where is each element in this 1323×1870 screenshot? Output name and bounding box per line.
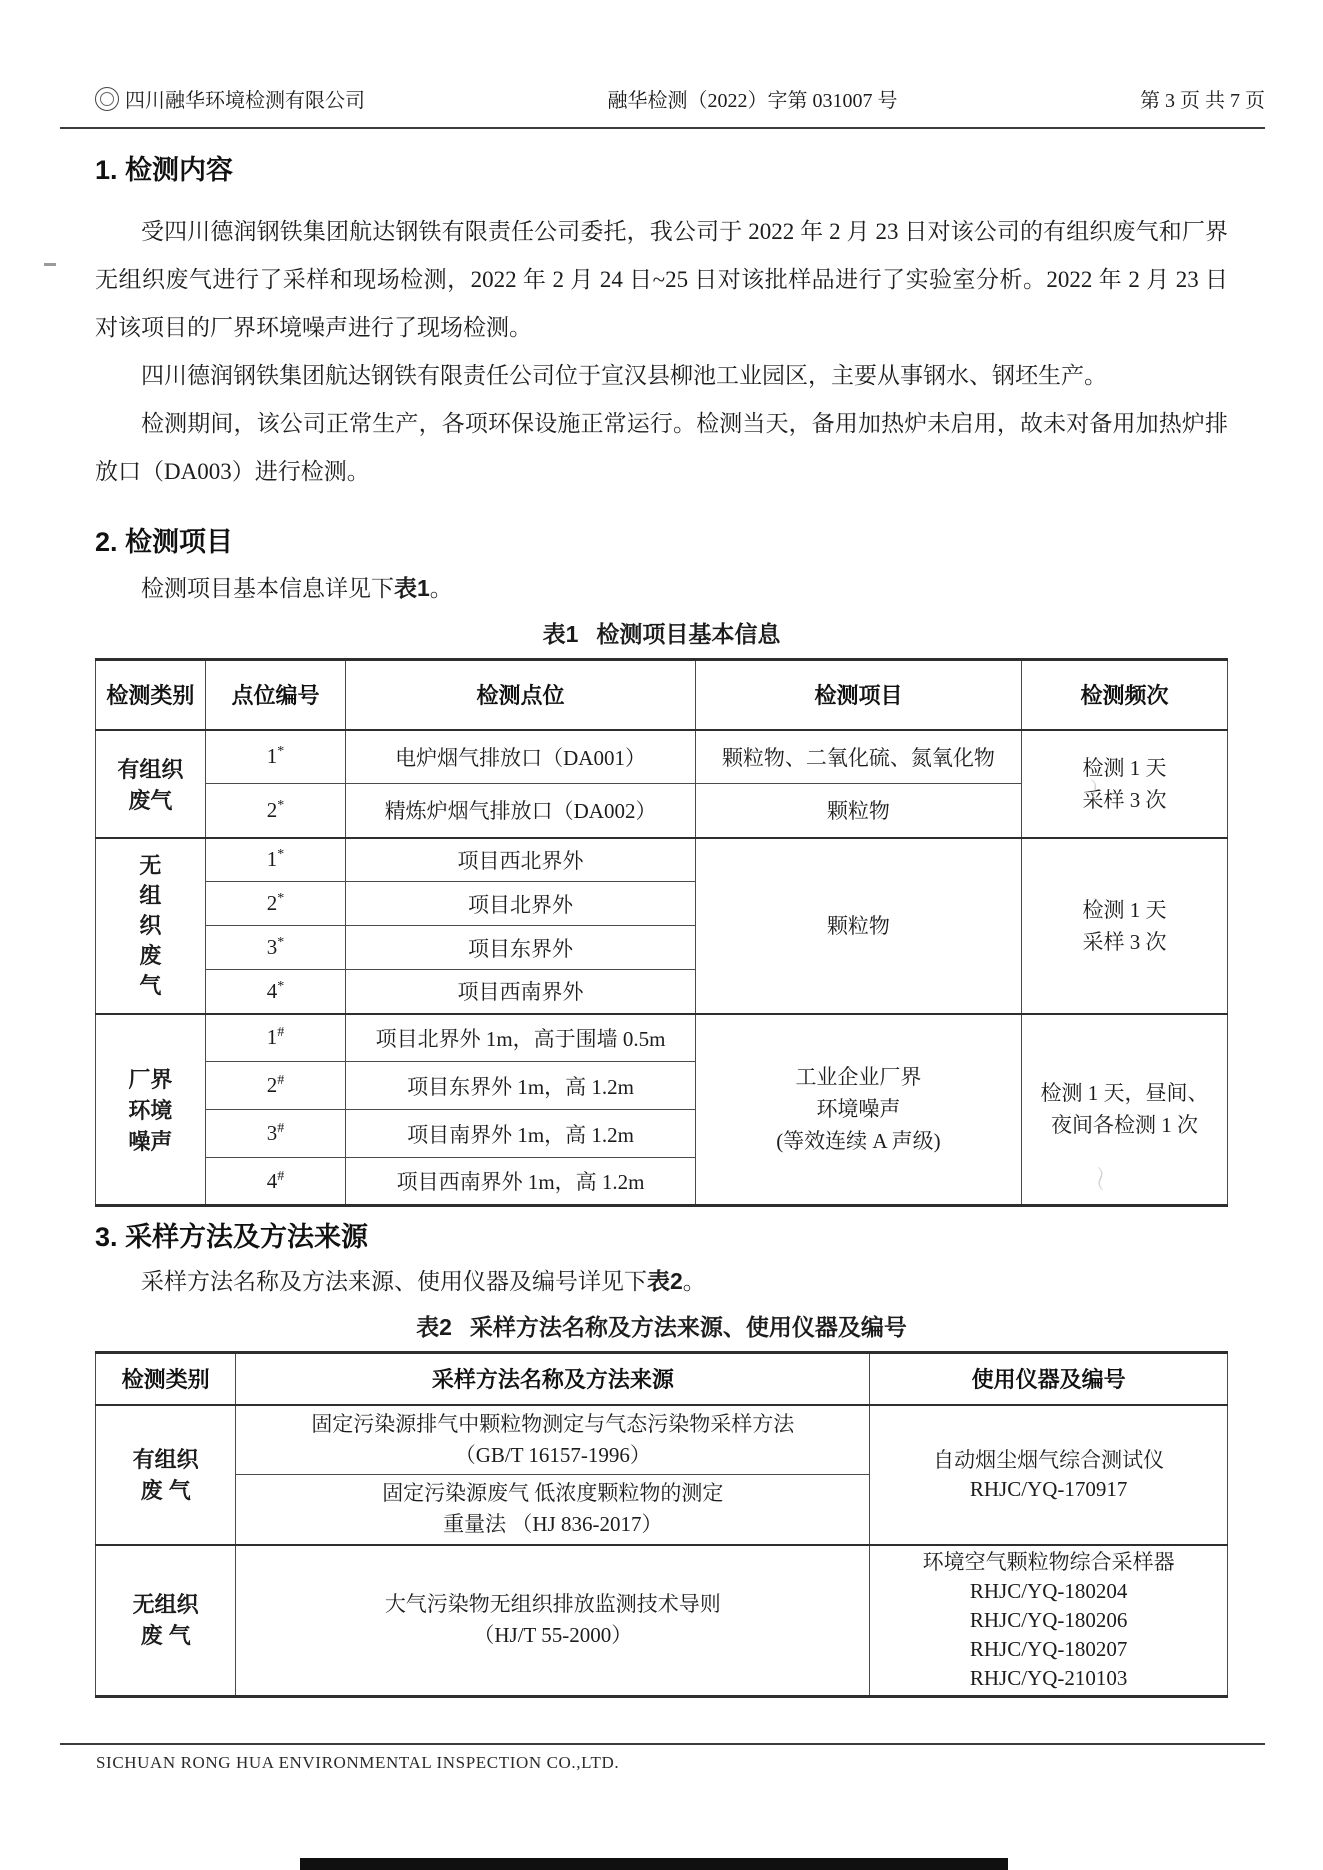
point-id: 2	[267, 798, 278, 822]
point-id: 1	[267, 847, 278, 871]
table-row: 厂界 环境 噪声 1# 项目北界外 1m，高于围墙 0.5m 工业企业厂界 环境…	[96, 1014, 1228, 1062]
point-id-sup: *	[277, 847, 284, 862]
point-id: 1	[267, 1025, 278, 1049]
table1-header-category: 检测类别	[96, 660, 206, 730]
point-cell: 项目西北界外	[346, 838, 696, 882]
table2-category-organized: 有组织 废 气	[96, 1405, 236, 1545]
section1-title: 1. 检测内容	[95, 152, 1228, 188]
document-page: 四川融华环境检测有限公司 融华检测（2022）字第 031007 号 第 3 页…	[0, 0, 1323, 1870]
point-id-cell: 3#	[205, 1110, 345, 1158]
section2-title: 2. 检测项目	[95, 524, 1228, 560]
point-cell: 项目北界外	[346, 882, 696, 926]
table2-header-method: 采样方法名称及方法来源	[236, 1353, 870, 1405]
point-id-sup: *	[277, 979, 284, 994]
point-id: 3	[267, 1121, 278, 1145]
point-id-sup: #	[277, 1025, 284, 1040]
table2-caption-label: 表2	[416, 1314, 452, 1340]
point-id-cell: 4*	[205, 970, 345, 1014]
footer-company-en: SICHUAN RONG HUA ENVIRONMENTAL INSPECTIO…	[96, 1753, 619, 1773]
point-id-cell: 2*	[205, 784, 345, 838]
point-cell: 项目西南界外	[346, 970, 696, 1014]
point-id-cell: 3*	[205, 926, 345, 970]
point-id-cell: 4#	[205, 1158, 345, 1206]
section2-intro-punct: 。	[430, 576, 453, 601]
header-company-name: 四川融华环境检测有限公司	[125, 84, 365, 113]
point-cell: 电炉烟气排放口（DA001）	[346, 730, 696, 784]
point-id: 4	[267, 979, 278, 1003]
table-row: 无组织 废 气 大气污染物无组织排放监测技术导则 （HJ/T 55-2000） …	[96, 1545, 1228, 1697]
table1-category-noise: 厂界 环境 噪声	[96, 1014, 206, 1206]
table2-header-row: 检测类别 采样方法名称及方法来源 使用仪器及编号	[96, 1353, 1228, 1405]
instrument-cell: 自动烟尘烟气综合测试仪 RHJC/YQ-170917	[870, 1405, 1228, 1545]
header-doc-number: 融华检测（2022）字第 031007 号	[608, 84, 898, 113]
point-id-cell: 1#	[205, 1014, 345, 1062]
footer-rule	[60, 1743, 1265, 1745]
document-content: 1. 检测内容 受四川德润钢铁集团航达钢铁有限责任公司委托，我公司于 2022 …	[95, 152, 1228, 1698]
table1-reference: 表1	[394, 575, 430, 601]
point-id-cell: 2*	[205, 882, 345, 926]
point-id-sup: #	[277, 1169, 284, 1184]
scan-artifact-bottom-bar	[300, 1858, 1008, 1870]
instrument-cell: 环境空气颗粒物综合采样器 RHJC/YQ-180204 RHJC/YQ-1802…	[870, 1545, 1228, 1697]
scan-artifact-mark: 〜	[1081, 1164, 1121, 1194]
item-cell: 颗粒物	[695, 838, 1021, 1014]
table1-caption: 表1检测项目基本信息	[95, 617, 1228, 651]
method-cell: 固定污染源排气中颗粒物测定与气态污染物采样方法 （GB/T 16157-1996…	[236, 1405, 870, 1475]
frequency-cell: 检测 1 天 采样 3 次	[1021, 730, 1227, 838]
point-cell: 精炼炉烟气排放口（DA002）	[346, 784, 696, 838]
table1-header-point: 检测点位	[346, 660, 696, 730]
table-row: 有组织 废气 1* 电炉烟气排放口（DA001） 颗粒物、二氧化硫、氮氧化物 检…	[96, 730, 1228, 784]
page-header: 四川融华环境检测有限公司 融华检测（2022）字第 031007 号 第 3 页…	[60, 84, 1265, 113]
point-id-sup: *	[277, 935, 284, 950]
frequency-cell: 检测 1 天 采样 3 次	[1021, 838, 1227, 1014]
section3-intro-text: 采样方法名称及方法来源、使用仪器及编号详见下	[141, 1269, 647, 1294]
item-cell: 颗粒物	[695, 784, 1021, 838]
point-cell: 项目南界外 1m，高 1.2m	[346, 1110, 696, 1158]
point-id-sup: *	[277, 798, 284, 813]
frequency-cell: 检测 1 天，昼间、 夜间各检测 1 次	[1021, 1014, 1227, 1206]
company-logo-icon	[95, 87, 119, 111]
method-cell: 大气污染物无组织排放监测技术导则 （HJ/T 55-2000）	[236, 1545, 870, 1697]
table1-caption-label: 表1	[543, 621, 579, 647]
table1-header-item: 检测项目	[695, 660, 1021, 730]
table2-header-instrument: 使用仪器及编号	[870, 1353, 1228, 1405]
header-page-info: 第 3 页 共 7 页	[1140, 84, 1265, 113]
section2-intro-text: 检测项目基本信息详见下	[141, 576, 394, 601]
table1-caption-title: 检测项目基本信息	[596, 621, 780, 647]
point-id-cell: 1*	[205, 730, 345, 784]
table2: 检测类别 采样方法名称及方法来源 使用仪器及编号 有组织 废 气 固定污染源排气…	[95, 1351, 1228, 1698]
table1-header-row: 检测类别 点位编号 检测点位 检测项目 检测频次	[96, 660, 1228, 730]
table1: 检测类别 点位编号 检测点位 检测项目 检测频次 有组织 废气 1* 电炉烟气排…	[95, 658, 1228, 1207]
scan-artifact-dash	[44, 263, 56, 266]
table2-category-unorganized: 无组织 废 气	[96, 1545, 236, 1697]
item-cell: 工业企业厂界 环境噪声 (等效连续 A 声级)	[695, 1014, 1021, 1206]
point-cell: 项目东界外 1m，高 1.2m	[346, 1062, 696, 1110]
point-id: 4	[267, 1169, 278, 1193]
table1-category-unorganized: 无 组 织 废 气	[96, 838, 206, 1014]
table2-caption-title: 采样方法名称及方法来源、使用仪器及编号	[470, 1314, 907, 1340]
point-cell: 项目北界外 1m，高于围墙 0.5m	[346, 1014, 696, 1062]
point-id-cell: 2#	[205, 1062, 345, 1110]
point-id-sup: #	[277, 1073, 284, 1088]
table-row: 有组织 废 气 固定污染源排气中颗粒物测定与气态污染物采样方法 （GB/T 16…	[96, 1405, 1228, 1475]
point-id-cell: 1*	[205, 838, 345, 882]
table2-caption: 表2采样方法名称及方法来源、使用仪器及编号	[95, 1310, 1228, 1344]
table-row: 无 组 织 废 气 1* 项目西北界外 颗粒物 检测 1 天 采样 3 次	[96, 838, 1228, 882]
section3-title: 3. 采样方法及方法来源	[95, 1219, 1228, 1255]
section1-paragraph-1: 受四川德润钢铁集团航达钢铁有限责任公司委托，我公司于 2022 年 2 月 23…	[95, 208, 1228, 352]
table1-header-point-id: 点位编号	[205, 660, 345, 730]
item-cell: 颗粒物、二氧化硫、氮氧化物	[695, 730, 1021, 784]
point-id: 1	[267, 744, 278, 768]
point-id-sup: *	[277, 891, 284, 906]
table2-header-category: 检测类别	[96, 1353, 236, 1405]
section1-paragraph-3: 检测期间，该公司正常生产，各项环保设施正常运行。检测当天，备用加热炉未启用，故未…	[95, 400, 1228, 496]
point-id: 3	[267, 935, 278, 959]
table2-reference: 表2	[647, 1268, 683, 1294]
point-id-sup: *	[277, 744, 284, 759]
section3-intro: 采样方法名称及方法来源、使用仪器及编号详见下表2。	[95, 1257, 1228, 1306]
point-cell: 项目东界外	[346, 926, 696, 970]
header-rule	[60, 127, 1265, 129]
section3-intro-punct: 。	[683, 1269, 706, 1294]
table1-header-frequency: 检测频次	[1021, 660, 1227, 730]
section1-paragraph-2: 四川德润钢铁集团航达钢铁有限责任公司位于宣汉县柳池工业园区，主要从事钢水、钢坯生…	[95, 352, 1228, 400]
section2-intro: 检测项目基本信息详见下表1。	[95, 564, 1228, 613]
method-cell: 固定污染源废气 低浓度颗粒物的测定 重量法 （HJ 836-2017）	[236, 1475, 870, 1545]
point-cell: 项目西南界外 1m，高 1.2m	[346, 1158, 696, 1206]
header-company-block: 四川融华环境检测有限公司	[95, 84, 365, 113]
table1-category-organized: 有组织 废气	[96, 730, 206, 838]
point-id-sup: #	[277, 1121, 284, 1136]
point-id: 2	[267, 891, 278, 915]
point-id: 2	[267, 1073, 278, 1097]
